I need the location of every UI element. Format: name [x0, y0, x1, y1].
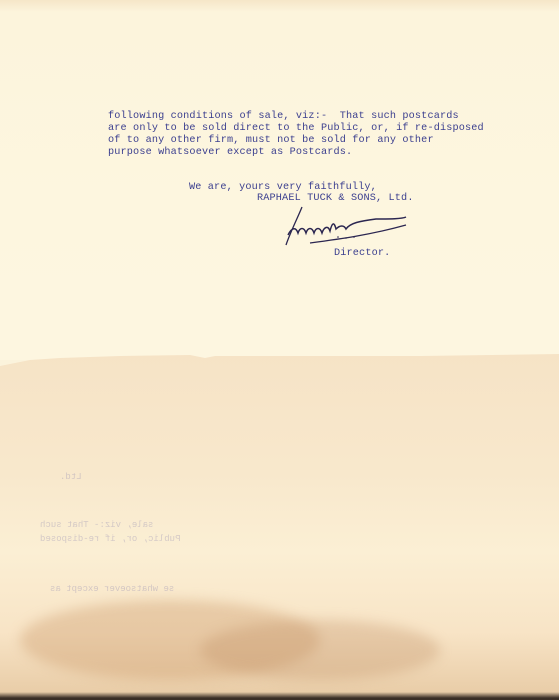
- bleed-through-text: Public, or, if re-disposed: [40, 534, 180, 545]
- bleed-through-text: Ltd.: [60, 472, 82, 483]
- bleed-through-text: sale, viz:- That such: [40, 520, 153, 531]
- body-line-4: purpose whatsoever except as Postcards.: [108, 147, 352, 159]
- letter-upper-sheet: [0, 0, 559, 360]
- body-line-2: are only to be sold direct to the Public…: [108, 123, 484, 135]
- scanned-letter-page: Ltd. sale, viz:- That such Public, or, i…: [0, 0, 559, 700]
- signer-title: Director.: [334, 248, 390, 260]
- handwritten-signature: [280, 205, 410, 250]
- water-stain: [200, 620, 440, 680]
- body-line-3: of to any other firm, must not be sold f…: [108, 135, 434, 147]
- body-line-1: following conditions of sale, viz:- That…: [108, 111, 459, 123]
- company-name: RAPHAEL TUCK & SONS, Ltd.: [257, 193, 414, 205]
- bleed-through-text: se whatsoever except as: [50, 584, 174, 595]
